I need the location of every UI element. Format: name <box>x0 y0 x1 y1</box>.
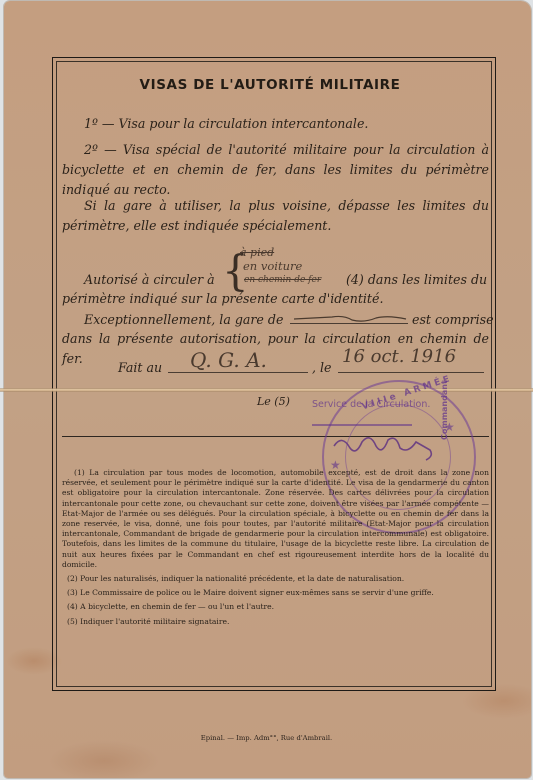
paragraph-gare: Si la gare à utiliser, la plus voisine, … <box>62 196 489 236</box>
handwritten-place: Q. G. A. <box>190 348 267 372</box>
item-1: 1º — Visa pour la circulation intercanto… <box>62 114 489 134</box>
brace-glyph: { <box>222 247 230 295</box>
handwritten-date: 16 oct. 1916 <box>342 346 456 367</box>
exception-prefix: Exceptionnellement, la gare de <box>84 310 283 330</box>
stamp-star-icon: ★ <box>444 420 455 434</box>
handwritten-option-en-voiture: en voiture <box>243 259 302 273</box>
autorise-suffix: (4) dans les limites du <box>346 270 487 290</box>
item-2: 2º — Visa spécial de l'autorité militair… <box>62 140 489 200</box>
date-fill-line <box>338 372 484 373</box>
handwritten-option-a-pied: à pied <box>240 246 274 259</box>
exception-suffix: est comprise <box>412 310 494 330</box>
le-label: Le (5) <box>257 392 290 412</box>
footnotes: (1) La circulation par tous modes de loc… <box>62 468 489 627</box>
fait-label: Fait au <box>118 358 162 378</box>
handwritten-option-chemin-de-fer: en chemin de fer <box>244 275 321 285</box>
footnote-1: (1) La circulation par tous modes de loc… <box>62 468 489 570</box>
handwritten-dash-stroke <box>292 311 408 323</box>
footnote-2: (2) Pour les naturalisés, indiquer la na… <box>62 574 489 584</box>
autorise-prefix: Autorisé à circuler à <box>84 270 215 290</box>
stamp-service-text: Service de la Circulation. <box>312 399 430 410</box>
date-label: , le <box>312 358 332 378</box>
footnote-3: (3) Le Commissaire de police ou le Maire… <box>62 588 489 598</box>
document-title: VISAS DE L'AUTORITÉ MILITAIRE <box>60 77 480 93</box>
handwritten-signature <box>330 426 440 466</box>
footnote-4: (4) A bicyclette, en chemin de fer — ou … <box>62 602 489 612</box>
footnote-5: (5) Indiquer l'autorité militaire signat… <box>62 617 489 627</box>
gare-fill-line <box>290 323 408 324</box>
printer-imprint: Epinal. — Imp. Adm°°, Rue d'Ambrail. <box>0 734 533 742</box>
place-fill-line <box>168 372 308 373</box>
autorise-line2: périmètre indiqué sur la présente carte … <box>62 289 489 309</box>
